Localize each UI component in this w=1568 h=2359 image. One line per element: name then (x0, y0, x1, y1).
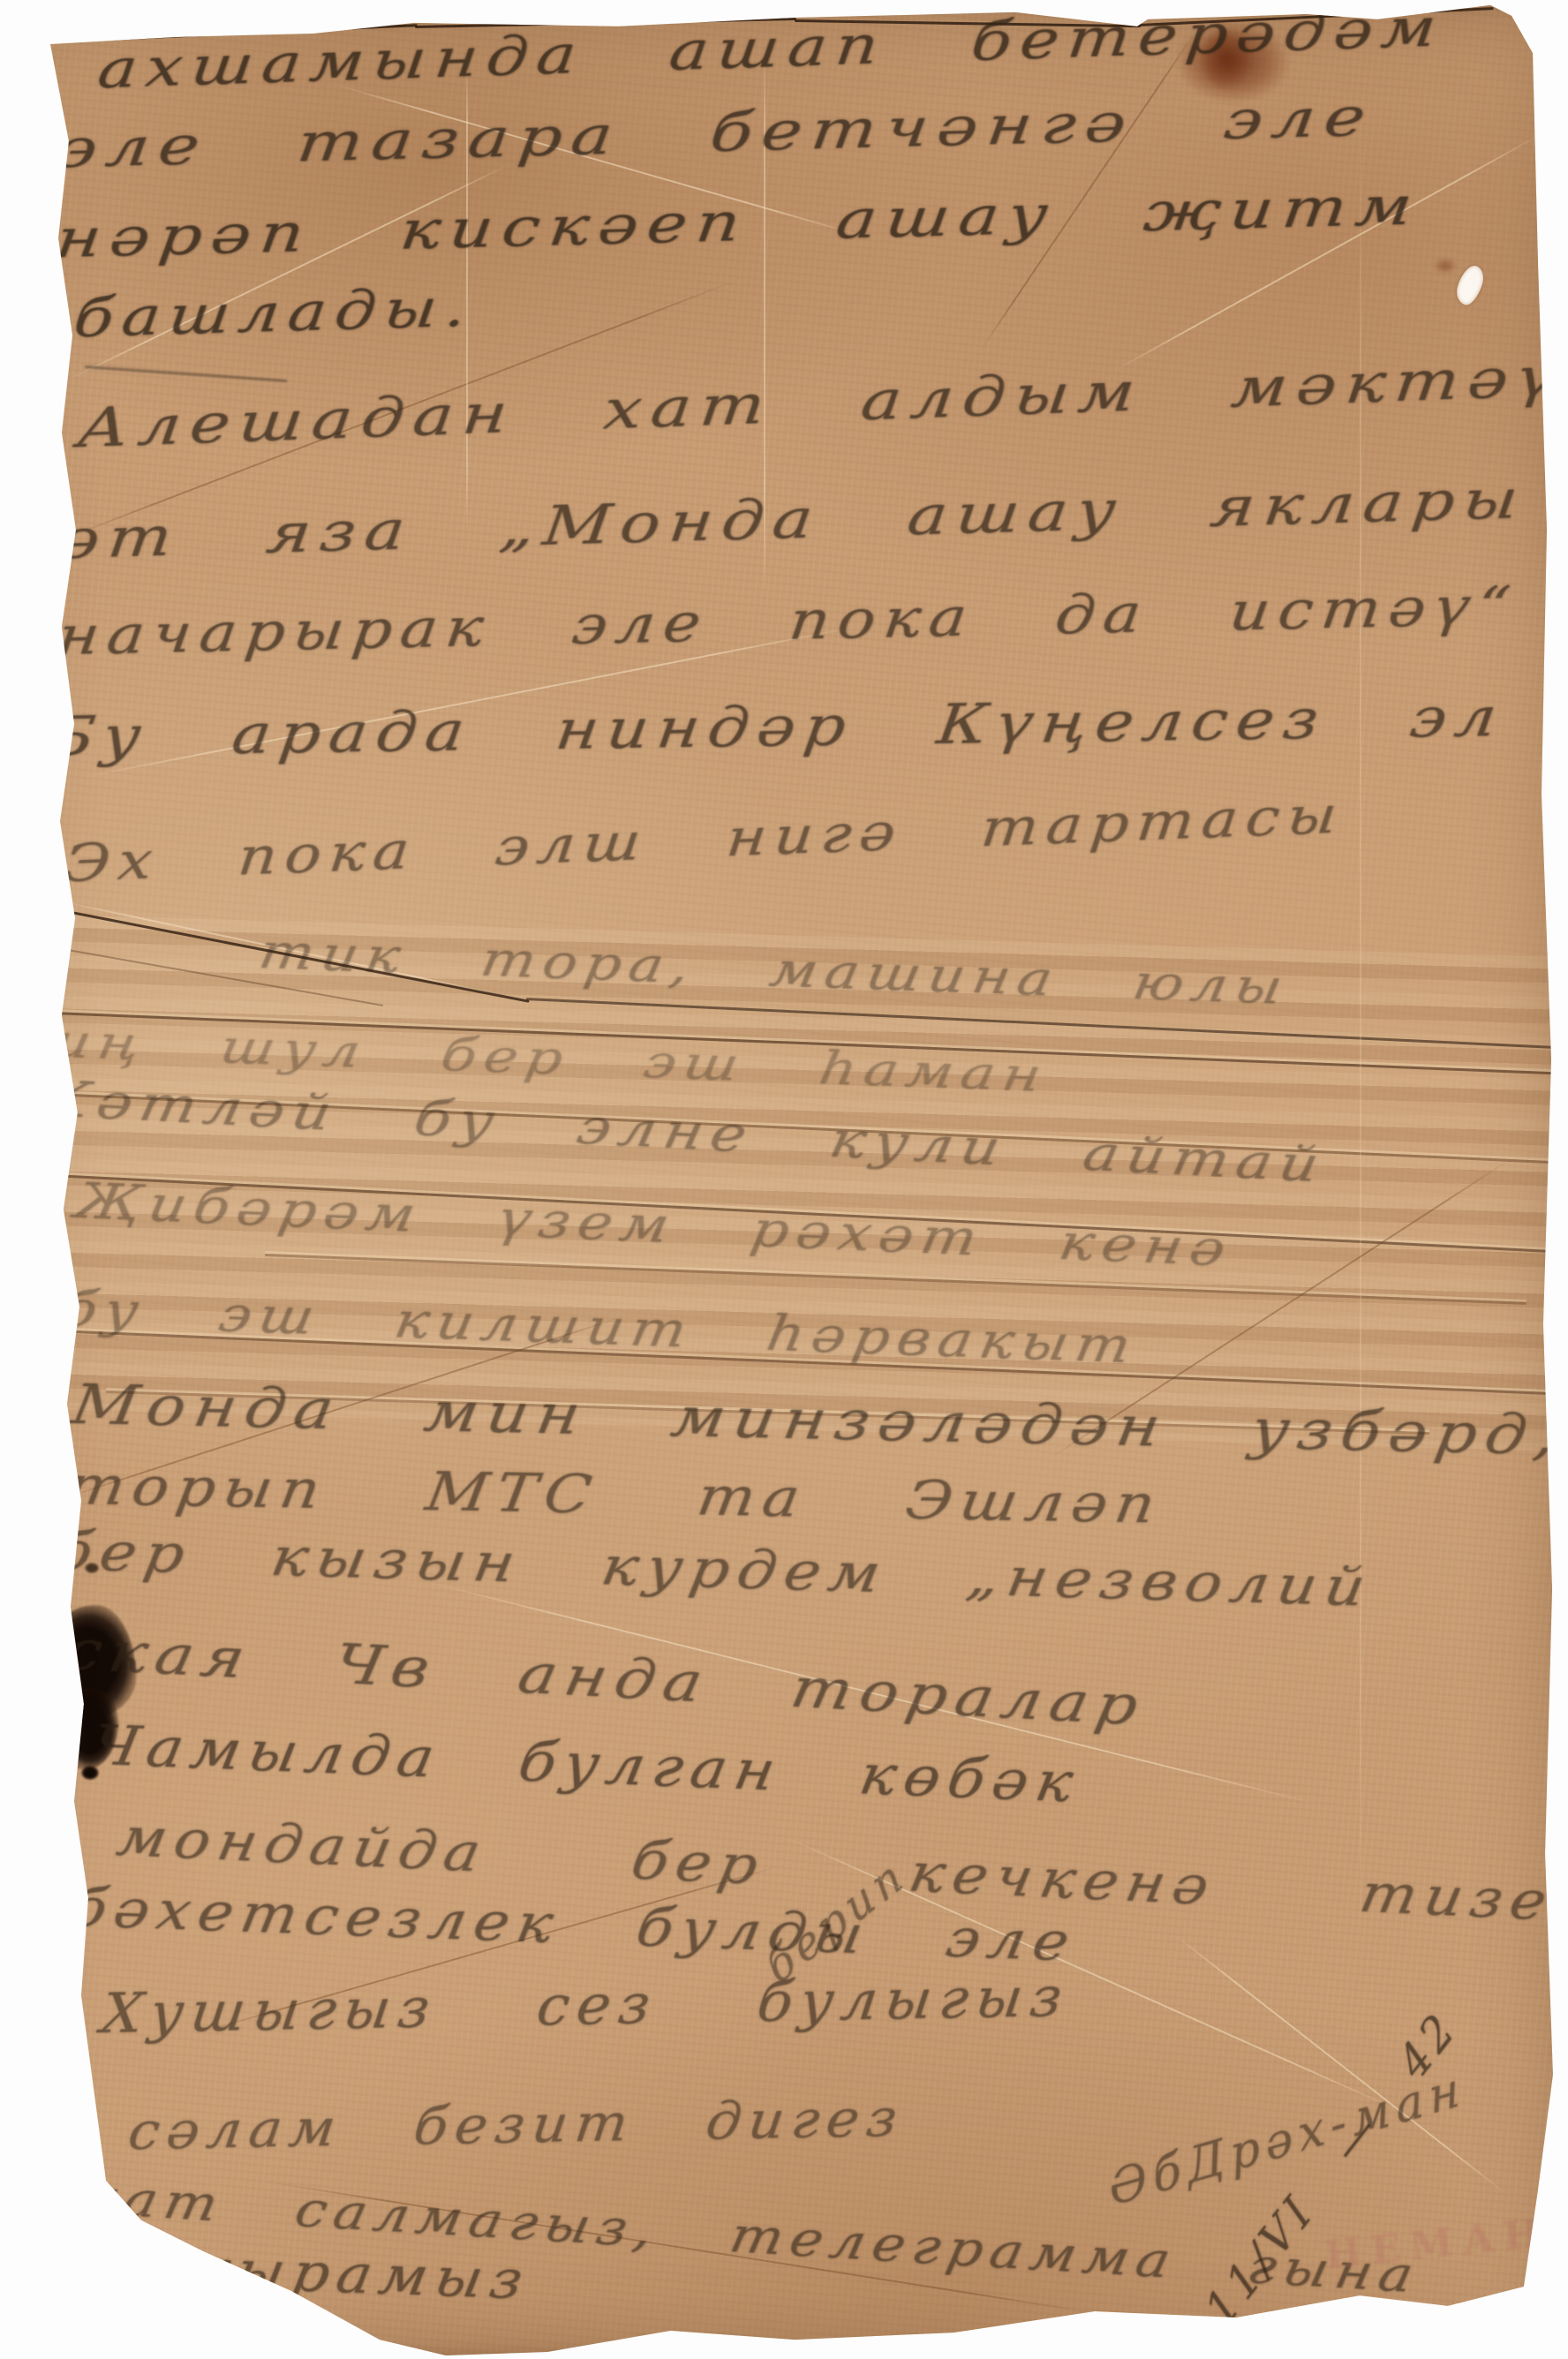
handwriting-line: Эх пока элш нигә тартасы (61, 784, 1347, 893)
pencil-underline (85, 366, 288, 382)
handwriting-line: Чамылда булган көбәк (87, 1713, 1086, 1814)
handwriting-line: торып МТС та Эшләп (63, 1455, 1167, 1535)
handwriting-line: әт яза „Монда ашау яклары (57, 468, 1530, 572)
handwriting-line: нәрәп кискәеп ашау җитм (53, 175, 1424, 270)
scan-background: ахшамында ашап бетерәдәм эле тазара бетч… (0, 0, 1568, 2359)
handwriting-line: сәлам безит дигез (125, 2088, 908, 2161)
letter-paper: ахшамында ашап бетерәдәм эле тазара бетч… (0, 0, 1568, 2359)
handwriting-line: башлады. (71, 276, 478, 350)
handwriting-line: начарырак эле пока да истәү“ (55, 575, 1522, 667)
handwriting-line: эле тазара бетчәнгә эле (55, 87, 1378, 181)
handwriting-line: бер кызын курдем „незволий (49, 1520, 1377, 1618)
paper-hole (1453, 262, 1488, 308)
handwriting-line: Бу арада ниндәр Күңелсез эл (43, 684, 1509, 769)
stain (1434, 258, 1457, 274)
bleedthrough-text: НЕМАН (1323, 2210, 1552, 2279)
crease-line (66, 163, 511, 381)
handwriting-line: Алешадан хат алдым мәктәү (75, 345, 1568, 460)
handwriting-line: Хушыгыз сез булыгыз (98, 1964, 1073, 2046)
crease-line (1112, 132, 1546, 373)
